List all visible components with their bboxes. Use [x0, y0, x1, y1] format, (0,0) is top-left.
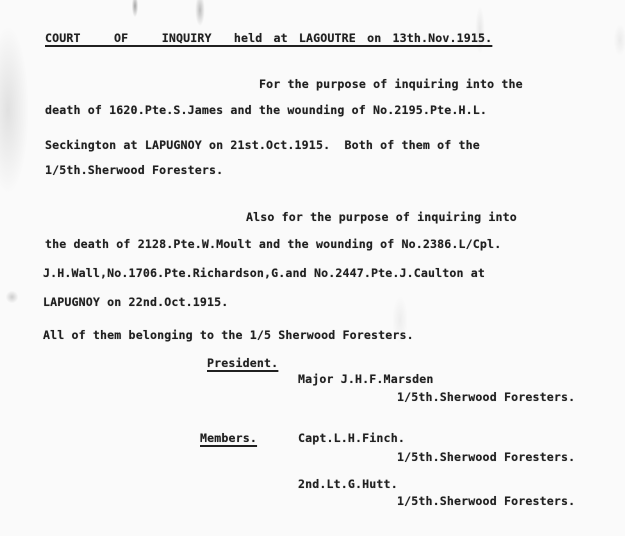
member-1-unit: 1/5th.Sherwood Foresters. [397, 450, 575, 464]
paragraph2-line-4: LAPUGNOY on 22nd.Oct.1915. [43, 295, 228, 309]
paragraph2-line-1: Also for the purpose of inquiring into [246, 210, 517, 224]
member-1-name: Capt.L.H.Finch. [298, 431, 405, 445]
member-2-unit: 1/5th.Sherwood Foresters. [397, 494, 575, 508]
paragraph1-line-2: death of 1620.Pte.S.James and the woundi… [45, 103, 487, 117]
paragraph1-line-1: For the purpose of inquiring into the [259, 77, 523, 91]
president-unit: 1/5th.Sherwood Foresters. [397, 390, 575, 404]
members-label: Members. [200, 431, 257, 445]
document-heading: COURT OF INQUIRY held at LAGOUTRE on 13t… [45, 31, 492, 45]
president-label: President. [207, 356, 278, 370]
scanned-document-page: COURT OF INQUIRY held at LAGOUTRE on 13t… [0, 0, 625, 536]
member-2-name: 2nd.Lt.G.Hutt. [298, 477, 398, 491]
paragraph2-line-3: J.H.Wall,No.1706.Pte.Richardson,G.and No… [43, 266, 485, 280]
paragraph2-line-2: the death of 2128.Pte.W.Moult and the wo… [45, 237, 501, 251]
paragraph1-line-3: Seckington at LAPUGNOY on 21st.Oct.1915.… [45, 138, 480, 152]
president-name: Major J.H.F.Marsden [298, 372, 433, 386]
paragraph2-line-5: All of them belonging to the 1/5 Sherwoo… [43, 328, 414, 342]
paragraph1-line-4: 1/5th.Sherwood Foresters. [45, 163, 223, 177]
